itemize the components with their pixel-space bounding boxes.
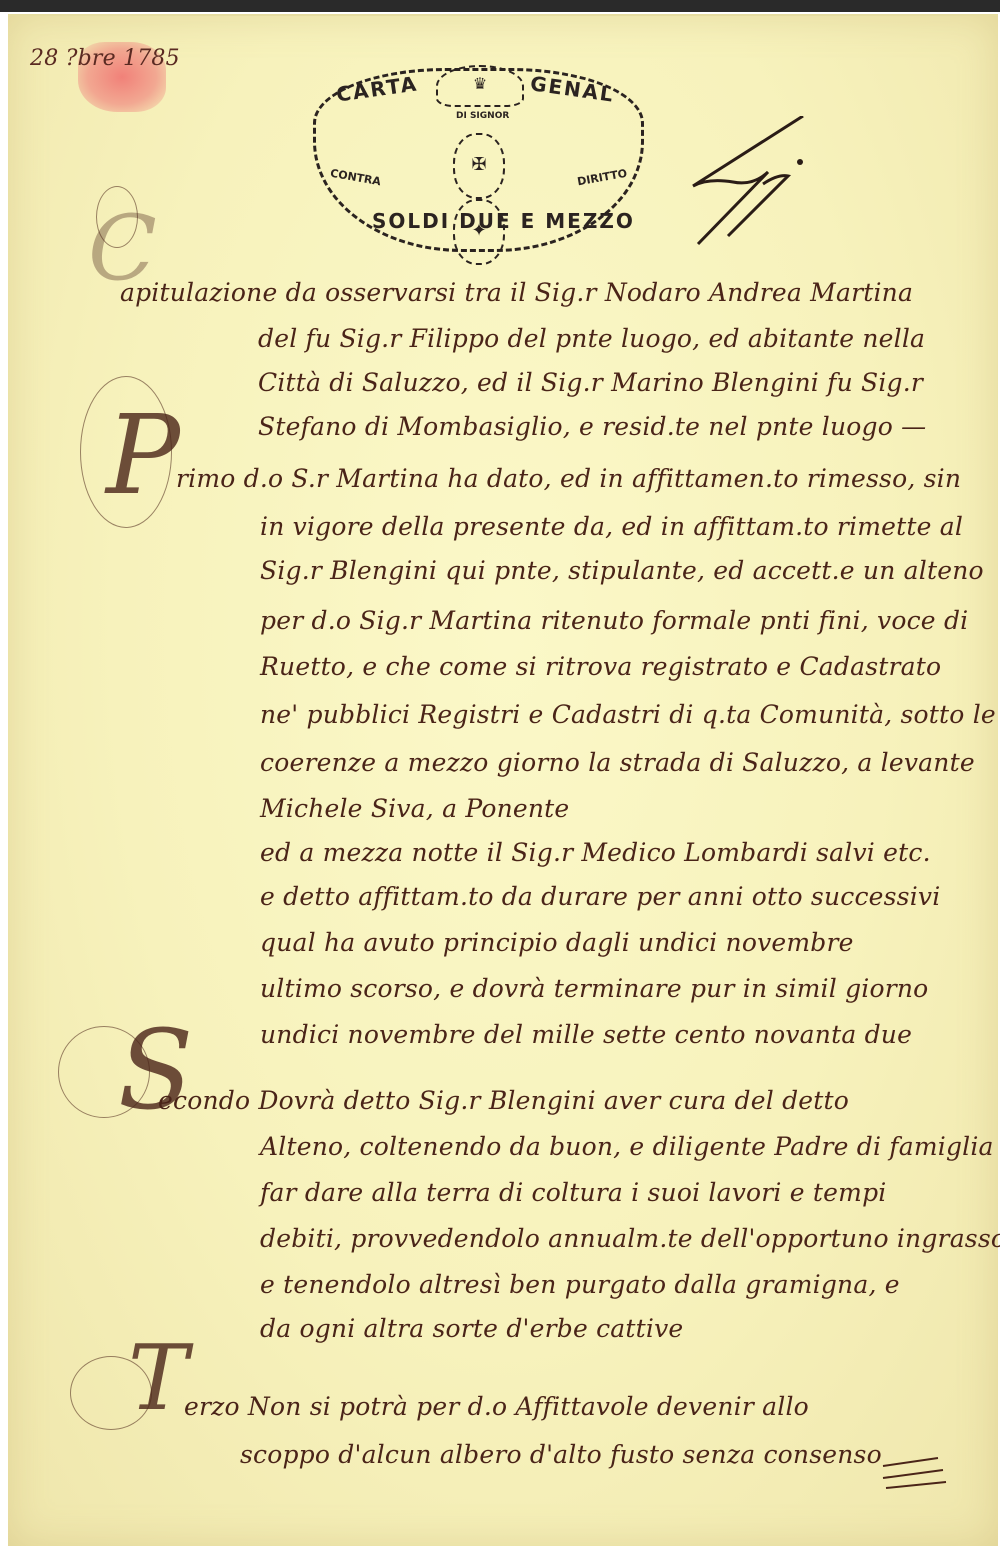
stamp-text-top-left: CARTA bbox=[335, 71, 420, 106]
scan-top-border bbox=[0, 0, 1000, 12]
signature-mark bbox=[678, 116, 818, 246]
coat-of-arms: ✠ ✦ bbox=[424, 133, 534, 203]
tax-stamp: ♛ CARTA GENAL DI SIGNOR ✠ ✦ CONTRA DIRIT… bbox=[313, 68, 644, 252]
text-line: scoppo d'alcun albero d'alto fusto senza… bbox=[240, 1440, 882, 1469]
closing-flourish bbox=[878, 1456, 948, 1496]
text-line: da ogni altra sorte d'erbe cattive bbox=[260, 1314, 683, 1343]
text-line: Ruetto, e che come si ritrova registrato… bbox=[260, 652, 941, 681]
text-line: Michele Siva, a Ponente bbox=[260, 794, 569, 823]
date-annotation: 28 ?bre 1785 bbox=[30, 46, 180, 71]
initial-letter-p: P bbox=[106, 391, 180, 519]
stamp-text-small: DI SIGNOR bbox=[456, 111, 509, 121]
stamp-text-mid-right: DIRITTO bbox=[576, 167, 628, 189]
text-line: del fu Sig.r Filippo del pnte luogo, ed … bbox=[258, 324, 925, 353]
text-line: undici novembre del mille sette cento no… bbox=[260, 1020, 912, 1049]
initial-letter-t: T bbox=[128, 1326, 188, 1431]
text-line: Alteno, coltenendo da buon, e diligente … bbox=[260, 1132, 994, 1161]
stamp-text-top-right: GENAL bbox=[529, 71, 617, 107]
text-line: ed a mezza notte il Sig.r Medico Lombard… bbox=[260, 838, 931, 867]
shield-cross-icon: ✠ bbox=[453, 133, 505, 199]
text-line: far dare alla terra di coltura i suoi la… bbox=[260, 1178, 886, 1207]
text-line: qual ha avuto principio dagli undici nov… bbox=[260, 928, 854, 957]
crown-icon: ♛ bbox=[436, 65, 524, 107]
text-line: e tenendolo altresì ben purgato dalla gr… bbox=[260, 1270, 900, 1299]
text-line: erzo Non si potrà per d.o Affittavole de… bbox=[184, 1392, 809, 1421]
stamp-value-text: SOLDI DUE E MEZZO bbox=[372, 209, 635, 233]
text-line: Sig.r Blengini qui pnte, stipulante, ed … bbox=[260, 556, 984, 585]
text-line: ne' pubblici Registri e Cadastri di q.ta… bbox=[260, 700, 996, 729]
text-line: debiti, provvedendolo annualm.te dell'op… bbox=[260, 1224, 1000, 1253]
text-line: apitulazione da osservarsi tra il Sig.r … bbox=[120, 278, 913, 307]
text-line: econdo Dovrà detto Sig.r Blengini aver c… bbox=[158, 1086, 849, 1115]
stamp-text-mid-left: CONTRA bbox=[329, 167, 382, 189]
text-line: Città di Saluzzo, ed il Sig.r Marino Ble… bbox=[258, 368, 923, 397]
text-line: coerenze a mezzo giorno la strada di Sal… bbox=[260, 748, 975, 777]
text-line: e detto affittam.to da durare per anni o… bbox=[260, 882, 940, 911]
manuscript-page: 28 ?bre 1785 ♛ CARTA GENAL DI SIGNOR ✠ ✦… bbox=[8, 14, 998, 1546]
text-line: Stefano di Mombasiglio, e resid.te nel p… bbox=[258, 412, 926, 441]
text-line: per d.o Sig.r Martina ritenuto formale p… bbox=[260, 606, 968, 635]
text-line: in vigore della presente da, ed in affit… bbox=[260, 512, 963, 541]
text-line: ultimo scorso, e dovrà terminare pur in … bbox=[260, 974, 928, 1003]
text-line: rimo d.o S.r Martina ha dato, ed in affi… bbox=[176, 464, 961, 493]
